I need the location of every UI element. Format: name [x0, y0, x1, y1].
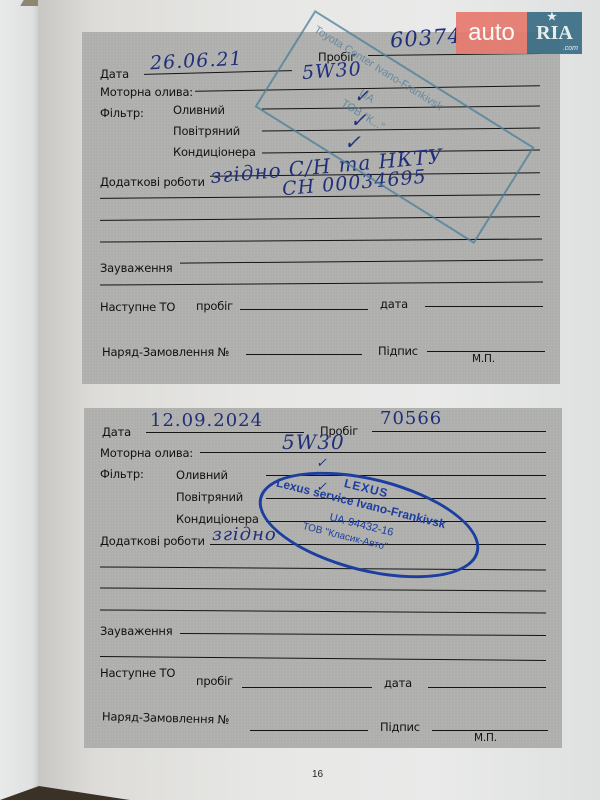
- seal-label: М.П.: [474, 732, 497, 744]
- date-label: Дата: [102, 425, 131, 439]
- page-number: 16: [312, 769, 323, 780]
- watermark-auto: auto: [456, 12, 527, 54]
- mileage-value: 60374: [389, 24, 462, 53]
- extra-work-line-3: [100, 587, 546, 591]
- left-page-edge: [0, 0, 40, 800]
- extra-work-line-2: [100, 566, 546, 570]
- next-date-label: дата: [384, 676, 412, 690]
- next-mileage-label: пробіг: [196, 299, 233, 313]
- filter-ac-label: Кондиціонера: [173, 145, 256, 159]
- filter-label: Фільтр:: [100, 106, 144, 120]
- extra-work-label: Додаткові роботи: [100, 175, 205, 189]
- date-line: [146, 432, 304, 433]
- extra-work-value: згідно: [212, 524, 277, 545]
- date-label: Дата: [100, 67, 129, 81]
- signature-line: [427, 351, 545, 352]
- next-date-line: [428, 687, 546, 688]
- filter-oil-label: Оливний: [176, 468, 228, 482]
- stamp-text-line3: ТОВ "К...": [339, 97, 387, 133]
- filter-air-label: Повітряний: [176, 490, 243, 504]
- next-mileage-line: [242, 687, 372, 688]
- remarks-line-1: [180, 633, 546, 636]
- filter-oil-label: Оливний: [173, 103, 225, 117]
- next-date-label: дата: [380, 297, 408, 311]
- stamp-text-line2: UA: [357, 87, 376, 105]
- watermark-ria-text: RIA: [536, 22, 573, 45]
- signature-label: Підпис: [378, 344, 418, 358]
- date-value: 12.09.2024: [150, 410, 263, 431]
- next-service-label: Наступне ТО: [100, 300, 175, 314]
- remarks-line-2: [100, 281, 543, 285]
- watermark-com: .com: [563, 45, 578, 52]
- filter-label: Фільтр:: [100, 467, 144, 481]
- next-mileage-line: [240, 309, 368, 310]
- signature-line: [432, 730, 548, 731]
- work-order-line: [246, 354, 362, 355]
- work-order-line: [250, 730, 368, 731]
- watermark-ria: ★ RIA .com: [527, 12, 582, 54]
- next-mileage-label: пробіг: [196, 674, 233, 688]
- next-date-line: [425, 306, 543, 307]
- extra-work-label: Додаткові роботи: [100, 534, 205, 548]
- remarks-label: Зауваження: [100, 261, 172, 275]
- filter-air-label: Повітряний: [173, 124, 240, 138]
- engine-oil-value: 5W30: [282, 430, 345, 454]
- service-record-card-2: Дата 12.09.2024 Пробіг 70566 Моторна оли…: [84, 408, 562, 748]
- engine-oil-line: [200, 452, 546, 453]
- work-order-label: Наряд-Замовлення №: [102, 345, 229, 359]
- signature-label: Підпис: [380, 720, 420, 734]
- seal-label: М.П.: [472, 353, 495, 365]
- remarks-line-2: [100, 656, 546, 661]
- engine-oil-label: Моторна олива:: [100, 85, 193, 99]
- filter-oil-check: ✓: [316, 456, 328, 471]
- next-service-label: Наступне ТО: [100, 666, 175, 680]
- remarks-line-1: [180, 259, 543, 263]
- engine-oil-label: Моторна олива:: [100, 446, 193, 460]
- extra-work-line-4: [100, 609, 546, 613]
- mileage-value: 70566: [380, 408, 442, 429]
- mileage-line: [372, 431, 546, 432]
- autoria-watermark: auto ★ RIA .com: [456, 12, 582, 54]
- remarks-label: Зауваження: [100, 624, 172, 638]
- date-value: 26.06.21: [149, 48, 243, 75]
- work-order-label: Наряд-Замовлення №: [102, 709, 230, 726]
- star-icon: ★: [547, 10, 557, 23]
